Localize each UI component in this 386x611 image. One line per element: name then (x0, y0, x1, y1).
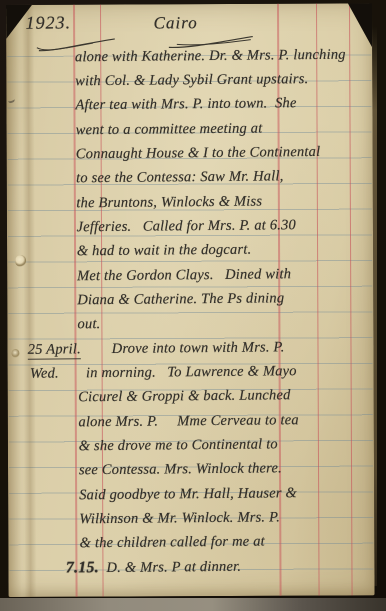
diary-line: to see the Contessa: Saw Mr. Hall, (76, 168, 284, 187)
closing-text: D. & Mrs. P at dinner. (99, 559, 241, 576)
diary-line: & she drove me to Continental to (79, 436, 278, 455)
diary-line: with Col. & Lady Sybil Grant upstairs. (75, 71, 308, 90)
diary-line: the Bruntons, Winlocks & Miss (76, 194, 262, 213)
diary-line: Diana & Catherine. The Ps dining (77, 290, 284, 309)
handwriting-layer: 1923. Cairo alone with Katherine. Dr. & … (4, 2, 376, 597)
diary-line: went to a committee meeting at (76, 120, 263, 139)
diary-line: alone Mrs. P. Mme Cerveau to tea (78, 412, 299, 431)
diary-line: alone with Katherine. Dr. & Mrs. P. lunc… (75, 47, 346, 67)
entry-date-label: 25 April. (28, 341, 81, 360)
year-label: 1923. (26, 12, 72, 33)
diary-line-final: 7.15. D. & Mrs. P at dinner. (66, 558, 241, 578)
diary-line: Said goodbye to Mr. Hall, Hauser & (79, 485, 297, 504)
diary-line: Cicurel & Groppi & back. Lunched (78, 387, 290, 406)
diary-line: & the children called for me at (80, 533, 265, 552)
diary-line: Met the Gordon Clays. Dined with (77, 266, 291, 285)
diary-line: Drove into town with Mrs. P. (112, 339, 285, 358)
diary-line: out. (77, 316, 100, 333)
diary-line: After tea with Mrs. P. into town. She (75, 95, 296, 114)
time-overwritten: 7.15. (66, 559, 99, 576)
page-title: Cairo (154, 13, 198, 33)
desk-surface (0, 598, 386, 611)
diary-line: see Contessa. Mrs. Winlock there. (79, 460, 282, 479)
entry-date: 25 April. (28, 341, 81, 359)
entry-day-label: Wed. (30, 365, 59, 382)
diary-line: & had to wait in the dogcart. (77, 242, 252, 261)
diary-photo: 1923. Cairo alone with Katherine. Dr. & … (0, 0, 386, 611)
diary-line: Connaught House & I to the Continental (76, 144, 321, 163)
diary-page: 1923. Cairo alone with Katherine. Dr. & … (6, 3, 375, 597)
diary-line: in morning. To Lawrence & Mayo (86, 363, 297, 382)
diary-line: Jefferies. Called for Mrs. P. at 6.30 (77, 217, 297, 236)
diary-line: Wilkinson & Mr. Winlock. Mrs. P. (79, 509, 280, 528)
